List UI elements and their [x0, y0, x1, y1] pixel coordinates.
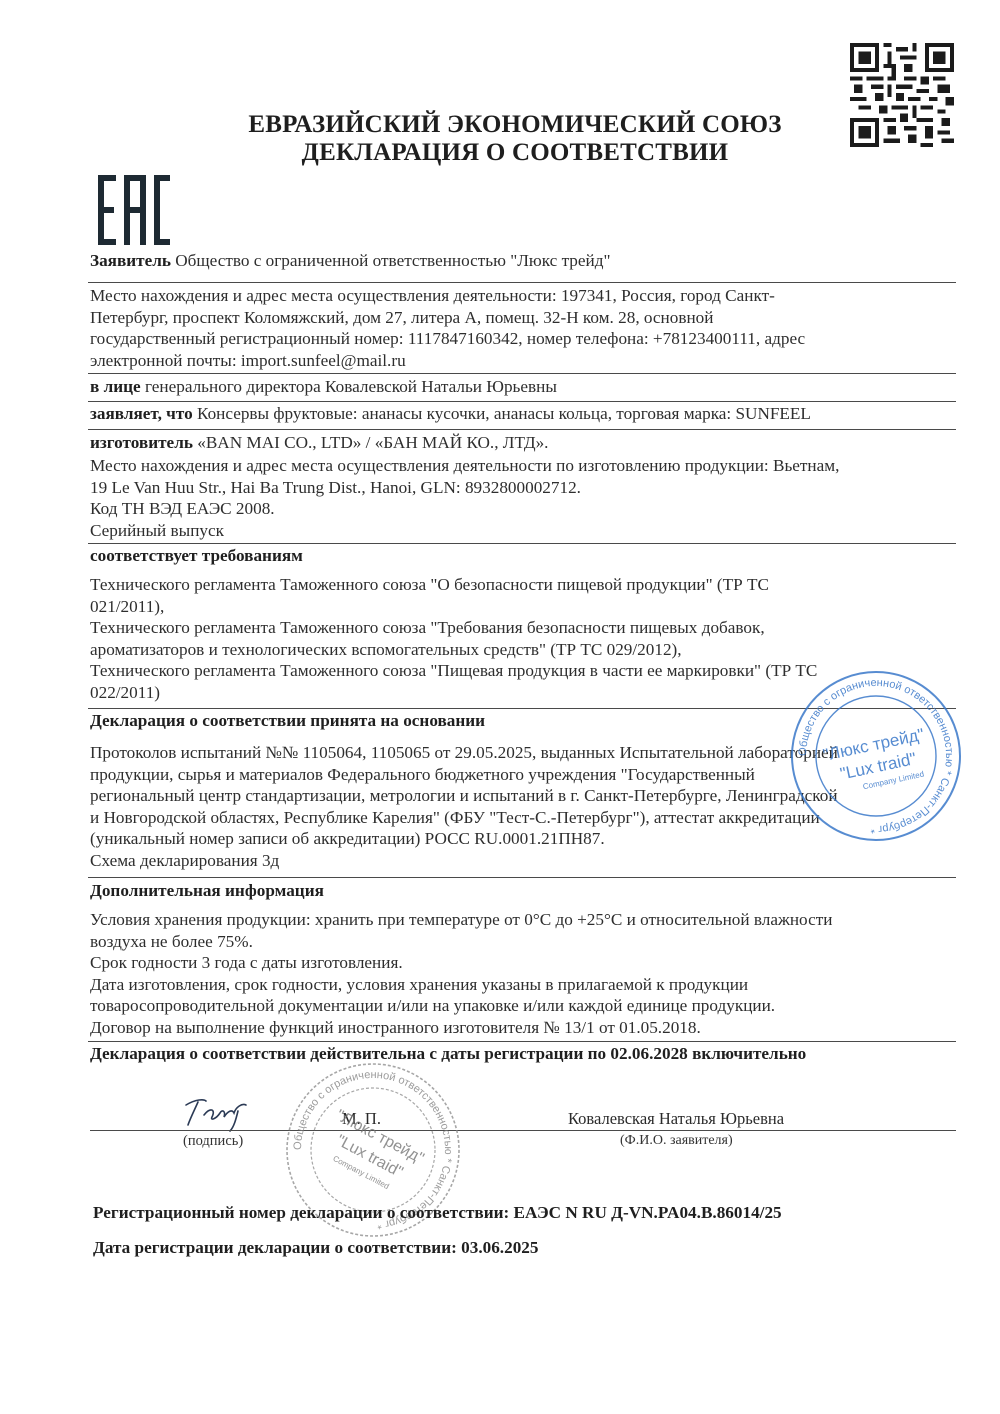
signature-rule — [90, 1130, 956, 1131]
qr-code-icon[interactable] — [850, 43, 954, 147]
applicant-value: Общество с ограниченной ответственностью… — [171, 251, 611, 270]
manufacturer-label: изготовитель — [90, 433, 193, 452]
additional-line: товаросопроводительной документации и/ил… — [90, 995, 832, 1017]
additional-line: Условия хранения продукции: хранить при … — [90, 909, 832, 931]
basis-line: Протоколов испытаний №№ 1105064, 1105065… — [90, 742, 838, 764]
applicant-name: Ковалевская Наталья Юрьевна — [568, 1109, 784, 1129]
applicant-line: Заявитель Общество с ограниченной ответс… — [90, 250, 611, 272]
regulation-line: Технического регламента Таможенного союз… — [90, 574, 817, 596]
declares-line: заявляет, что Консервы фруктовые: ананас… — [90, 403, 811, 425]
manufacturer-line: изготовитель «BAN MAI CO., LTD» / «БАН М… — [90, 432, 548, 454]
additional-line: воздуха не более 75%. — [90, 931, 832, 953]
declares-label: заявляет, что — [90, 404, 193, 423]
divider — [88, 543, 956, 544]
name-caption: (Ф.И.О. заявителя) — [620, 1133, 733, 1149]
scheme-line: Схема декларирования 3д — [90, 850, 838, 872]
manufacturer-details: Место нахождения и адрес места осуществл… — [90, 455, 839, 541]
additional-line: Срок годности 3 года с даты изготовления… — [90, 952, 832, 974]
manufacturer-address-line: 19 Le Van Huu Str., Hai Ba Trung Dist., … — [90, 477, 839, 499]
represented-line: в лице генерального директора Ковалевско… — [90, 376, 557, 398]
basis-line: продукции, сырья и материалов Федерально… — [90, 764, 838, 786]
regulation-line: ароматизаторов и технологических вспомог… — [90, 639, 817, 661]
requirements-heading: соответствует требованиям — [90, 545, 303, 567]
manufacturer-address-line: Место нахождения и адрес места осуществл… — [90, 455, 839, 477]
address-line: Место нахождения и адрес места осуществл… — [90, 285, 805, 307]
basis-line: региональный центр стандартизации, метро… — [90, 785, 838, 807]
address-line: Петербург, проспект Коломяжский, дом 27,… — [90, 307, 805, 329]
basis-list: Протоколов испытаний №№ 1105064, 1105065… — [90, 742, 838, 871]
signature-caption: (подпись) — [183, 1133, 243, 1150]
company-seal-blue-icon: Общество с ограниченной ответственностью… — [788, 668, 964, 844]
basis-line: (уникальный номер записи об аккредитации… — [90, 828, 838, 850]
applicant-address: Место нахождения и адрес места осуществл… — [90, 285, 805, 371]
regulation-line: 021/2011), — [90, 596, 817, 618]
represented-value: генерального директора Ковалевской Натал… — [141, 377, 557, 396]
basis-line: и Новгородской областях, Республике Каре… — [90, 807, 838, 829]
eac-logo-icon — [98, 175, 170, 245]
represented-label: в лице — [90, 377, 141, 396]
regulation-line: Технического регламента Таможенного союз… — [90, 617, 817, 639]
manufacturer-value: «BAN MAI CO., LTD» / «БАН МАЙ КО., ЛТД». — [193, 433, 549, 452]
divider — [88, 1041, 956, 1042]
hs-code-line: Код ТН ВЭД ЕАЭС 2008. — [90, 498, 839, 520]
additional-line: Договор на выполнение функций иностранно… — [90, 1017, 832, 1039]
regulation-line: 022/2011) — [90, 682, 817, 704]
basis-heading: Декларация о соответствии принята на осн… — [90, 710, 485, 732]
divider — [88, 401, 956, 402]
svg-text:Общество с ограниченной ответс: Общество с ограниченной ответственностью… — [797, 677, 955, 835]
regulation-line: Технического регламента Таможенного союз… — [90, 660, 817, 682]
production-type-line: Серийный выпуск — [90, 520, 839, 542]
applicant-label: Заявитель — [90, 251, 171, 270]
additional-list: Условия хранения продукции: хранить при … — [90, 909, 832, 1038]
divider — [88, 373, 956, 374]
divider — [88, 282, 956, 283]
divider — [88, 877, 956, 878]
requirements-list: Технического регламента Таможенного союз… — [90, 574, 817, 703]
registration-number: Регистрационный номер декларации о соотв… — [93, 1203, 782, 1223]
divider — [88, 429, 956, 430]
address-line: государственный регистрационный номер: 1… — [90, 328, 805, 350]
additional-heading: Дополнительная информация — [90, 880, 324, 902]
signature-icon — [176, 1093, 266, 1133]
additional-line: Дата изготовления, срок годности, услови… — [90, 974, 832, 996]
registration-date: Дата регистрации декларации о соответств… — [93, 1238, 538, 1258]
declares-value: Консервы фруктовые: ананасы кусочки, ана… — [193, 404, 811, 423]
address-line: электронной почты: import.sunfeel@mail.r… — [90, 350, 805, 372]
